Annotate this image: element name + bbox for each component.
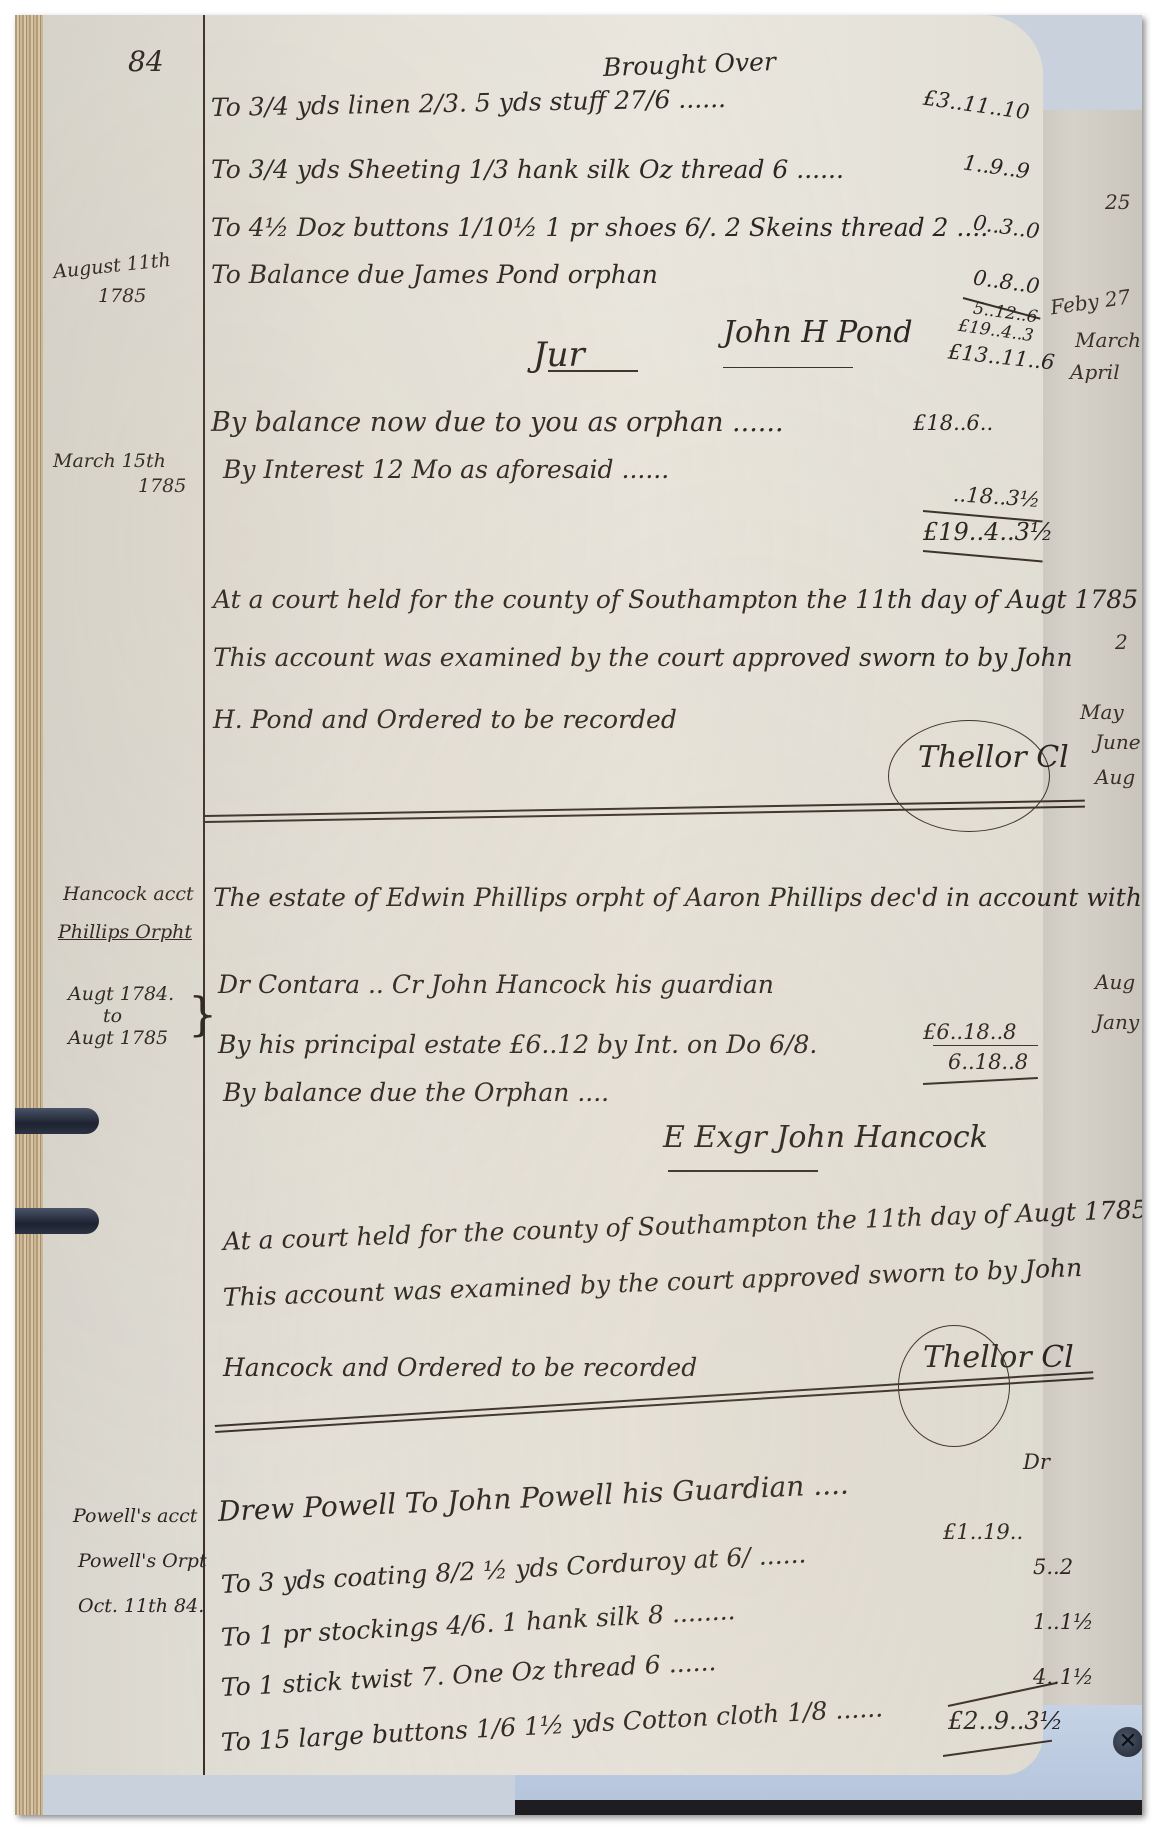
signature-john-pond: John H Pond: [723, 315, 913, 350]
brace-icon: }: [188, 987, 217, 1041]
line-amount: £3..11..10: [922, 86, 1031, 125]
page-number: 84: [128, 45, 164, 78]
signature-john-hancock: E Exgr John Hancock: [663, 1120, 988, 1155]
margin-note: Hancock acct: [63, 883, 194, 905]
signature-underline: [668, 1170, 818, 1172]
ledger-line: To 1 stick twist 7. One Oz thread 6 ....…: [220, 1647, 717, 1702]
mount-edge: [515, 1800, 1142, 1815]
ledger-line: To 3/4 yds Sheeting 1/3 hank silk Oz thr…: [211, 155, 844, 184]
margin-date: August 11th: [52, 249, 171, 283]
binder-ring: [15, 1208, 99, 1234]
facing-note: Aug: [1095, 765, 1135, 789]
document-photo: 25 Feby 27 March April 2 May June Aug Au…: [15, 15, 1142, 1815]
total-amount: £2..9..3½: [948, 1707, 1063, 1735]
ledger-line: To 3 yds coating 8/2 ½ yds Corduroy at 6…: [220, 1539, 807, 1599]
line-amount: £18..6..: [913, 411, 993, 435]
binder-ring: [15, 1108, 99, 1134]
facing-note: 2: [1115, 630, 1128, 654]
debit-label: Dr: [1023, 1450, 1050, 1474]
margin-note: Augt 1785: [68, 1027, 168, 1049]
ledger-line: By balance due the Orphan ....: [223, 1078, 609, 1107]
line-amount: ..18..3½: [952, 482, 1041, 512]
total-rule: [923, 550, 1043, 562]
brought-over-label: Brought Over: [602, 47, 776, 82]
ledger-line: To 4½ Doz buttons 1/10½ 1 pr shoes 6/. 2…: [211, 213, 988, 242]
clerk-seal: [888, 720, 1050, 832]
ledger-line: By Interest 12 Mo as aforesaid ......: [223, 455, 669, 484]
margin-date: 1785: [98, 285, 146, 307]
subtotal: £13..11..6: [947, 339, 1056, 374]
line-amount: £1..19..: [943, 1520, 1023, 1544]
margin-note: to: [103, 1005, 122, 1027]
facing-note: June: [1095, 730, 1141, 754]
ledger-line: To Balance due James Pond orphan: [211, 260, 658, 289]
facing-page-number: 25: [1105, 190, 1130, 214]
ledger-line: The estate of Edwin Phillips orpht of Aa…: [213, 883, 1142, 912]
facing-note: Feby 27: [1049, 285, 1132, 320]
facing-note: May: [1080, 700, 1124, 724]
clerk-signature: Thellor Cl: [918, 740, 1069, 775]
facing-note: Aug: [1095, 970, 1135, 994]
ledger-page: 84 Brought Over To 3/4 yds linen 2/3. 5 …: [43, 15, 1043, 1775]
total-rule: [923, 1077, 1038, 1085]
facing-note: April: [1070, 360, 1120, 384]
signature-underline: [548, 370, 638, 372]
screw-icon: ✕: [1113, 1727, 1142, 1757]
facing-note: March: [1075, 328, 1141, 352]
court-record-line: This account was examined by the court a…: [222, 1253, 1082, 1312]
court-record-line: H. Pond and Ordered to be recorded: [213, 705, 677, 734]
witness-mark: Jur: [533, 335, 585, 375]
margin-note: Phillips Orpht: [58, 921, 192, 943]
margin-date: March 15th: [53, 450, 166, 472]
total-rule: [948, 1682, 1056, 1707]
ledger-line: Dr Contara .. Cr John Hancock his guardi…: [218, 970, 774, 999]
clerk-signature: Thellor Cl: [923, 1340, 1074, 1375]
account-header: Drew Powell To John Powell his Guardian …: [217, 1467, 849, 1528]
margin-note: Augt 1784.: [68, 983, 174, 1005]
court-record-line: This account was examined by the court a…: [213, 643, 1073, 672]
margin-date: 1785: [138, 475, 186, 497]
court-record-line: Hancock and Ordered to be recorded: [223, 1353, 697, 1382]
court-record-line: At a court held for the county of Southa…: [222, 1194, 1142, 1256]
total-rule: [943, 1740, 1052, 1757]
line-amount: 6..18..8: [948, 1050, 1028, 1074]
signature-underline: [723, 367, 853, 368]
line-amount: 5..2: [1033, 1555, 1073, 1579]
ledger-line: To 15 large buttons 1/6 1½ yds Cotton cl…: [220, 1693, 883, 1757]
ledger-line: By his principal estate £6..12 by Int. o…: [218, 1030, 817, 1059]
ledger-line: To 3/4 yds linen 2/3. 5 yds stuff 27/6 .…: [211, 84, 726, 122]
line-amount: 1..9..9: [962, 150, 1031, 183]
margin-note: Powell's acct: [73, 1505, 197, 1527]
line-amount: £6..18..8: [923, 1020, 1017, 1044]
total-rule: [933, 1045, 1038, 1046]
margin-note: Powell's Orpt: [78, 1550, 207, 1572]
margin-rule: [203, 15, 205, 1775]
court-record-line: At a court held for the county of Southa…: [213, 585, 1138, 614]
line-amount: 0..8..0: [972, 265, 1041, 298]
page-edges: [15, 15, 43, 1815]
line-amount: 1..1½: [1033, 1610, 1093, 1634]
ledger-line: By balance now due to you as orphan ....…: [211, 407, 784, 438]
facing-note: Jany: [1095, 1010, 1139, 1034]
total-amount: £19..4..3½: [923, 518, 1053, 546]
ledger-line: To 1 pr stockings 4/6. 1 hank silk 8 ...…: [220, 1596, 736, 1652]
margin-note: Oct. 11th 84.: [78, 1595, 204, 1617]
